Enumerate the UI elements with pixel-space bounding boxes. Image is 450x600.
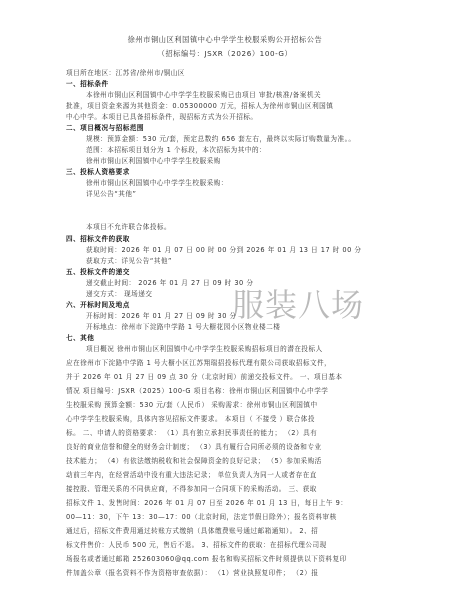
section-text: 并于 2026 年 01 月 27 日 09 点 30 分（北京时间）前递交投标…	[66, 372, 342, 382]
section-text: 标文件售价：人民币 500 元，售后不退。 3、招标文件的获取：在招标代理公司现	[66, 540, 327, 550]
section-text: 本徐州市铜山区利国镇中心中学学生校服采购已由项目 审批/核准/备案机关	[86, 90, 321, 100]
section-heading: 二、项目概况与招标范围	[66, 123, 144, 133]
section-text: 生校服采购 预算金额：530 元/套（人民币） 采购需求：徐州市铜山区利国镇中	[66, 400, 318, 410]
section-text: 递交截止时间： 2026 年 01 月 27 日 09 时 30 分	[86, 278, 253, 288]
section-heading: 四、招标文件的获取	[66, 234, 130, 244]
document-title: 徐州市铜山区利国镇中心中学学生校服采购公开招标公告	[0, 35, 450, 45]
section-text: 徐州市铜山区利国镇中心中学学生校服采购：	[86, 178, 228, 188]
section-text: 通过后，招标文件费用通过转账方式缴纳（具体缴费账号通过邮箱通知）。 2、招	[66, 526, 318, 536]
section-text: 徐州市铜山区利国镇中心中学学生校服采购	[86, 156, 221, 166]
section-text: 良好的商业信誉和健全的财务会计制度； （3）具有履行合同所必须的设备和专业	[66, 442, 322, 452]
section-text: 招标文件 1、发售时间：2026 年 01 月 07 日至 2026 年 01 …	[66, 498, 347, 508]
section-text: 应在徐州市下淀路中学路 1 号大橱小区江苏翔瑞招投标代理有限公司获取招标文件，	[66, 358, 331, 368]
section-text: 动前三年内，在经营活动中没有重大违法记录； 单位负责人为同一人或者存在直	[66, 470, 317, 480]
section-heading: 三、投标人资格要求	[66, 167, 130, 177]
section-text: 范围：本招标项目划分为 1 个标段，本次招标为其中的：	[86, 145, 266, 155]
section-heading: 五、投标文件的递交	[66, 267, 130, 277]
section-text: 规模：预算金额：530 元/套，预定总数约 656 套左右，最终以实际订购数量为…	[86, 134, 355, 144]
section-heading: 七、其他	[66, 333, 94, 343]
joint-bid-text: 本项目不允许联合体投标。	[86, 222, 171, 232]
section-heading: 一、招标条件	[66, 79, 109, 89]
section-text: 场报名或者通过邮箱 252603060@qq.com 报名和购买招标文件时须提供…	[66, 554, 347, 564]
project-region: 项目所在地区：江苏省/徐州市/铜山区	[66, 68, 185, 78]
section-text: 递交方式： 现场递交	[86, 289, 152, 299]
section-heading: 六、开标时间及地点	[66, 300, 130, 310]
section-text: 技术能力； （4）有依法缴纳税收和社会保障资金的良好记录； （5）参加采购活	[66, 456, 322, 466]
section-text: 开标时间：2026 年 01 月 27 日 09 时 30 分	[86, 311, 237, 321]
section-text: 获取时间：2026 年 01 月 07 日 00 时 00 分到 2026 年 …	[86, 245, 362, 255]
section-text: 件加盖公章（报名资料不作为资格审查依据）： （1）营业执照复印件； （2）报	[66, 568, 318, 578]
section-text: 批准，项目资金来源为其他资金：0.05300000 万元，招标人为徐州市铜山区利…	[66, 101, 333, 111]
section-text: 接控股、管理关系的不同供应商，不得参加同一合同项下的采购活动。 三、获取	[66, 484, 317, 494]
section-text: 标。 二、申请人的资格要求： （1）具有独立承担民事责任的能力； （2）具有	[66, 428, 317, 438]
section-text: 心中学学生校服采购，具体内容见招标文件要求。 本项目（ 不接受 ）联合体投	[66, 414, 315, 424]
section-text: 详见公告“其他”	[86, 189, 136, 199]
section-text: 获取方式：详见公告“其他”	[86, 256, 172, 266]
section-text: 中心中学。本项目已具备招标条件，现招标方式为公开招标。	[66, 112, 258, 122]
watermark: 服装八场	[232, 280, 364, 326]
section-text: 情况 项目编号：JSXR（2025）100-G 项目名称：徐州市铜山区利国镇中心…	[66, 386, 328, 396]
tender-number: （招标编号：JSXR（2026）100-G）	[0, 49, 450, 59]
document-page: 徐州市铜山区利国镇中心中学学生校服采购公开招标公告 （招标编号：JSXR（202…	[0, 0, 450, 600]
section-text: 00—11：30，下午 13：30—17：00（北京时间，法定节假日除外）；报名…	[66, 512, 337, 522]
section-text: 项目概况 徐州市铜山区利国镇中心中学学生校服采购招标项目的潜在投标人	[86, 344, 323, 354]
